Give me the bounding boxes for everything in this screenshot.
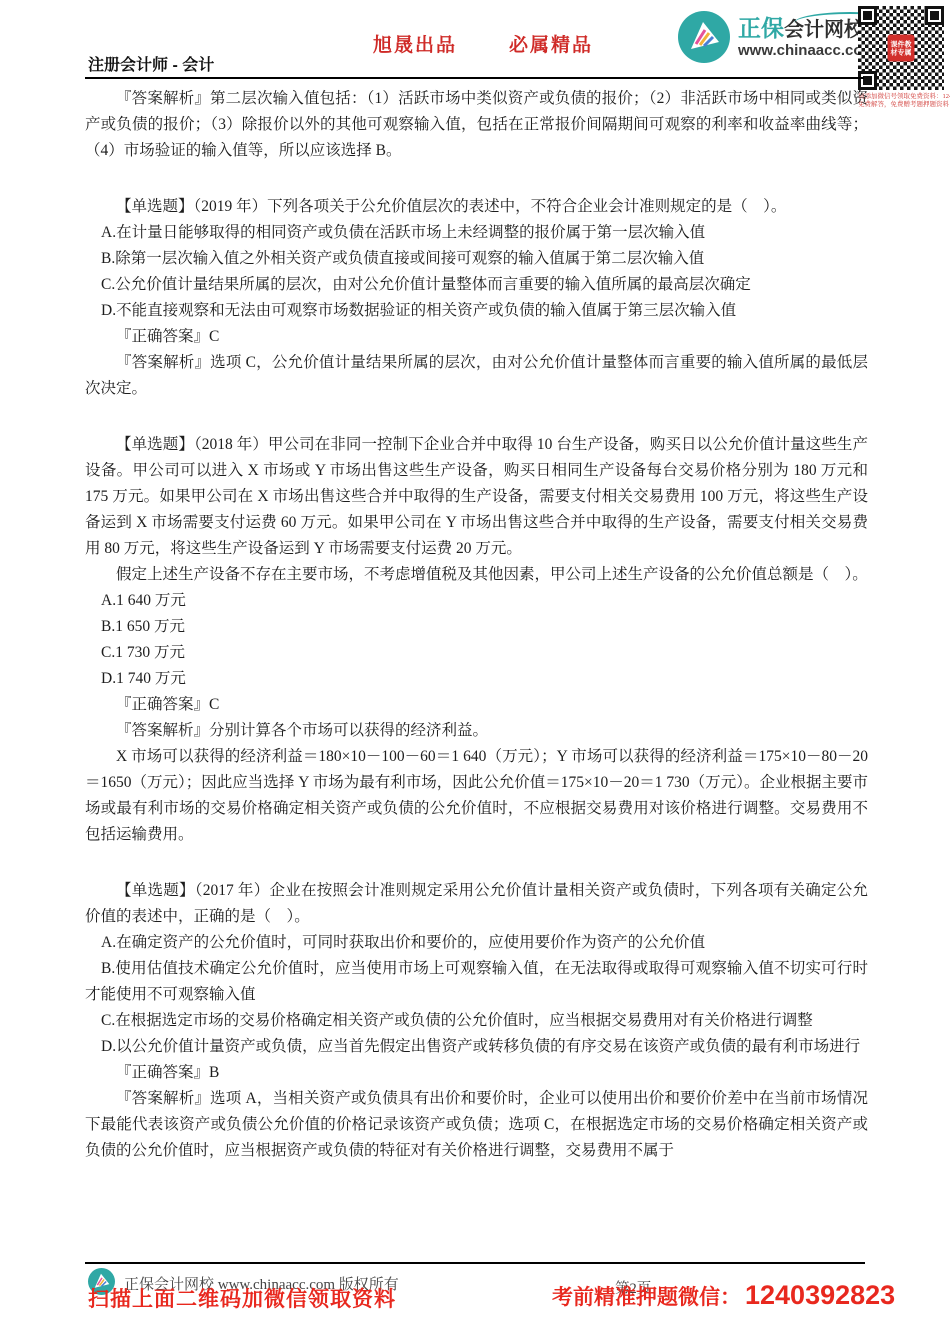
chinaacc-logo: 正保会计网校 www.chinaacc.com [678, 11, 876, 63]
qr-caption-line2: 免费解答，免费赠考题押题资料：1240392823 [858, 101, 948, 109]
slogan-left: 旭晟出品 [373, 30, 457, 57]
logo-triangle-icon [678, 11, 730, 63]
option-line: B.1 650 万元 [85, 614, 868, 640]
document-page: 旭晟出品 必属精品 正保会计网校 www.chinaacc.com 课件教材专属 [0, 0, 950, 1344]
paragraph: 『答案解析』选项 A，当相关资产或负债具有出价和要价时，企业可以使用出价和要价价… [85, 1086, 868, 1164]
option-line: C.1 730 万元 [85, 640, 868, 666]
qr-caption-line1: 请添加微信号领取免费资料：1240392823 [858, 93, 948, 101]
option-line: A.1 640 万元 [85, 588, 868, 614]
paragraph: 『答案解析』第二层次输入值包括：（1）活跃市场中类似资产或负债的报价；（2）非活… [85, 86, 868, 164]
logo-url: www.chinaacc.com [738, 43, 876, 58]
option-line: D.1 740 万元 [85, 666, 868, 692]
question-paragraph: 【单选题】（2019 年）下列各项关于公允价值层次的表述中，不符合企业会计准则规… [85, 194, 868, 220]
doc-title: 注册会计师 - 会计 [88, 52, 214, 75]
option-line: D.不能直接观察和无法由可观察市场数据验证的相关资产或负债的输入值属于第三层次输… [85, 298, 868, 324]
paragraph: 『正确答案』B [85, 1060, 868, 1086]
option-line: C.公允价值计量结果所属的层次，由对公允价值计量整体而言重要的输入值所属的最高层… [85, 272, 868, 298]
qr-caption: 请添加微信号领取免费资料：1240392823 免费解答，免费赠考题押题资料：1… [858, 93, 948, 109]
option-line: C.在根据选定市场的交易价格确定相关资产或负债的公允价值时，应当根据交易费用对有… [85, 1008, 868, 1034]
qr-code: 课件教材专属 [858, 6, 944, 90]
header-slogans: 旭晟出品 必属精品 [373, 30, 593, 57]
option-line: D.以公允价值计量资产或负债，应当首先假定出售资产或转移负债的有序交易在该资产或… [85, 1034, 868, 1060]
footer-divider [85, 1262, 865, 1264]
qr-finder-icon [925, 6, 944, 25]
paragraph: 『答案解析』选项 C，公允价值计量结果所属的层次，由对公允价值计量整体而言重要的… [85, 350, 868, 402]
option-line: B.使用估值技术确定公允价值时，应当使用市场上可观察输入值，在无法取得或取得可观… [85, 956, 868, 1008]
paragraph: 假定上述生产设备不存在主要市场，不考虑增值税及其他因素，甲公司上述生产设备的公允… [85, 562, 868, 588]
paragraph: 『正确答案』C [85, 324, 868, 350]
logo-brand-teal: 正保 [738, 15, 784, 41]
qr-finder-icon [858, 6, 877, 25]
footer-promo-left: 扫描上面二维码加微信领取资料 [88, 1283, 396, 1313]
qr-code-block: 课件教材专属 请添加微信号领取免费资料：1240392823 免费解答，免费赠考… [858, 6, 948, 109]
footer-promo-right: 考前精准押题微信： 1240392823 [552, 1280, 895, 1311]
option-line: A.在确定资产的公允价值时，可同时获取出价和要价的，应使用要价作为资产的公允价值 [85, 930, 868, 956]
question-paragraph: 【单选题】（2018 年）甲公司在非同一控制下企业合并中取得 10 台生产设备，… [85, 432, 868, 562]
promo-right-label: 考前精准押题微信： [552, 1281, 741, 1311]
promo-right-number: 1240392823 [745, 1280, 895, 1311]
question-paragraph: 【单选题】（2017 年）企业在按照会计准则规定采用公允价值计量相关资产或负债时… [85, 878, 868, 930]
content-area: 『答案解析』第二层次输入值包括：（1）活跃市场中类似资产或负债的报价；（2）非活… [85, 86, 868, 1164]
qr-center-badge: 课件教材专属 [888, 35, 915, 62]
paragraph: 『答案解析』分别计算各个市场可以获得的经济利益。 [85, 718, 868, 744]
logo-text: 正保会计网校 www.chinaacc.com [738, 17, 876, 58]
paragraph: 『正确答案』C [85, 692, 868, 718]
paragraph: X 市场可以获得的经济利益＝180×10－100－60＝1 640（万元）；Y … [85, 744, 868, 848]
slogan-right: 必属精品 [509, 30, 593, 57]
option-line: B.除第一层次输入值之外相关资产或负债直接或间接可观察的输入值属于第二层次输入值 [85, 246, 868, 272]
option-line: A.在计量日能够取得的相同资产或负债在活跃市场上未经调整的报价属于第一层次输入值 [85, 220, 868, 246]
header-divider [85, 77, 864, 79]
